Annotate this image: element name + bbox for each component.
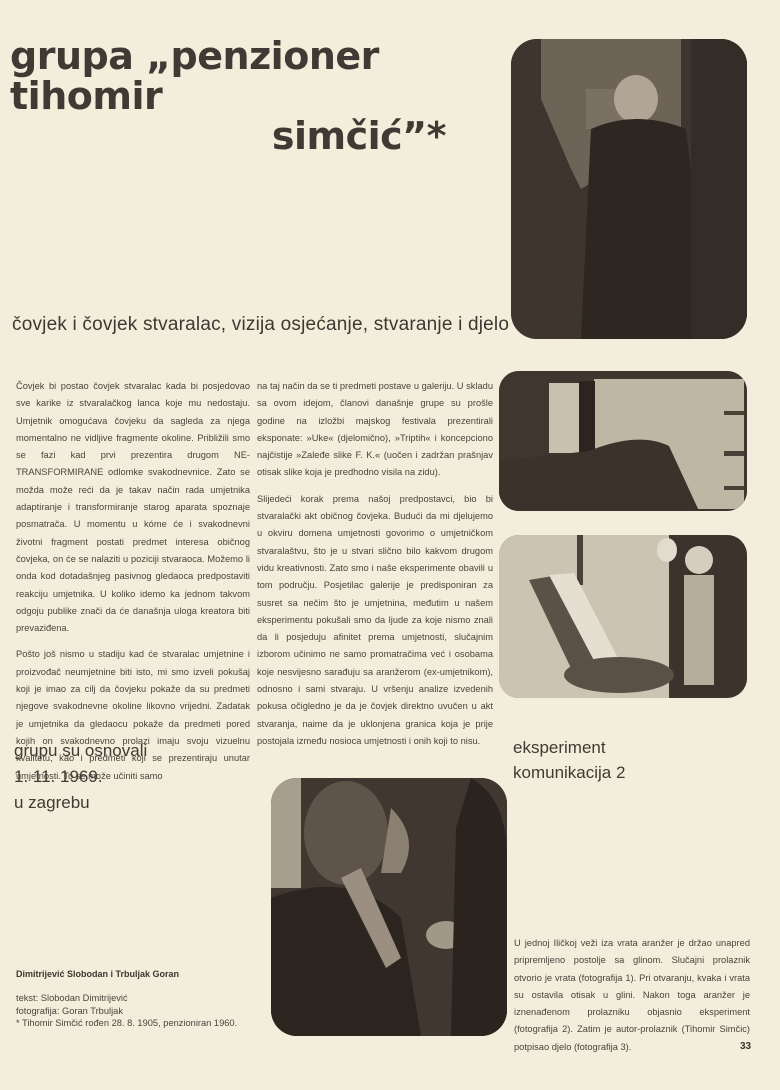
page-title: grupa „penzioner tihomir simčić”* — [10, 36, 446, 156]
body-column-1: Čovjek bi postao čovjek stvaralac kada b… — [16, 378, 250, 794]
credit-text: tekst: Slobodan Dimitrijević — [16, 992, 237, 1005]
title-line-1: grupa „penzioner tihomir — [10, 36, 446, 116]
experiment-caption: U jednoj Iličkoj veži iza vrata aranžer … — [514, 935, 750, 1056]
photo-door-handle-clay — [499, 371, 747, 511]
founded-place: u zagrebu — [14, 790, 147, 815]
photo-people-in-doorway — [499, 535, 747, 698]
photo-two-men-talking — [271, 778, 507, 1036]
experiment-line-1: eksperiment — [513, 735, 625, 760]
founded-line-1: grupu su osnovali — [14, 738, 147, 763]
experiment-heading: eksperiment komunikacija 2 — [513, 735, 625, 785]
credits: tekst: Slobodan Dimitrijević fotografija… — [16, 992, 237, 1030]
founded-date: 1. 11. 1969. — [14, 764, 147, 789]
footnote: * Tihomir Simčić rođen 28. 8. 1905, penz… — [16, 1017, 237, 1030]
page-number: 33 — [740, 1041, 751, 1052]
experiment-line-2: komunikacija 2 — [513, 760, 625, 785]
title-line-2: simčić”* — [10, 116, 446, 156]
section-subtitle: čovjek i čovjek stvaralac, vizija osjeća… — [12, 314, 509, 336]
authors: Dimitrijević Slobodan i Trbuljak Goran — [16, 969, 179, 979]
paragraph: Čovjek bi postao čovjek stvaralac kada b… — [16, 378, 250, 637]
body-column-2: na taj način da se ti predmeti postave u… — [257, 378, 493, 759]
founded-info: grupu su osnovali 1. 11. 1969. u zagrebu — [14, 738, 147, 816]
credit-photo: fotografija: Goran Trbuljak — [16, 1005, 237, 1018]
photo-man-at-door — [511, 39, 747, 339]
paragraph: Slijedeći korak prema našoj predpostavci… — [257, 491, 493, 750]
paragraph: na taj način da se ti predmeti postave u… — [257, 378, 493, 482]
